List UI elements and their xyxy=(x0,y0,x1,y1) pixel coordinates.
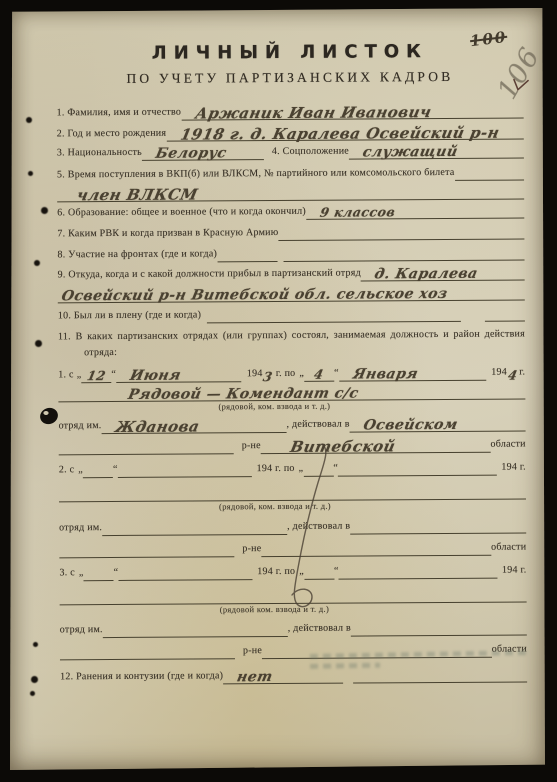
paper-speck xyxy=(34,260,40,266)
document-subtitle: ПО УЧЕТУ ПАРТИЗАНСКИХ КАДРОВ xyxy=(56,68,523,87)
field-label: 6. Образование: общее и военное (что и к… xyxy=(57,204,306,222)
role-caption: (рядовой, ком. взвода и т. д.) xyxy=(218,401,330,412)
printed-year: 194 г. xyxy=(502,562,527,578)
blank-line xyxy=(60,643,235,660)
printed-year: 194 xyxy=(247,366,263,382)
handwritten-unit: Жданова xyxy=(114,419,201,434)
printed-year: 194 г. xyxy=(501,459,526,475)
field-label: 3. Национальность xyxy=(57,145,142,162)
paper-speck xyxy=(31,676,38,683)
acted-line xyxy=(351,619,527,636)
field-nationality-social: 3. Национальность Белорус 4. Соцположени… xyxy=(57,142,524,161)
ink-blot xyxy=(36,404,62,428)
handwritten-year-digit: 4 xyxy=(507,369,519,383)
unit-label: отряд им. xyxy=(60,622,103,638)
unit-label: отряд им. xyxy=(59,520,102,536)
field-line xyxy=(207,306,461,324)
handwritten-value: 1918 г. д. Каралева Освейский р-н xyxy=(179,126,500,142)
scanned-paper-sheet: 100 106 ЛИЧНЫЙ ЛИСТОК ПО УЧЕТУ ПАРТИЗАНС… xyxy=(10,8,545,770)
handwritten-month: Января xyxy=(351,367,419,381)
field-line: Освейский р-н Витебской обл. сельское хо… xyxy=(58,284,525,303)
handwritten-value: Освейский р-н Витебской обл. сельское хо… xyxy=(60,287,449,303)
field-party-membership: 5. Время поступления в ВКП(б) или ВЛКСМ,… xyxy=(57,164,524,183)
field-line xyxy=(217,246,277,262)
entry-number: 1. с xyxy=(58,367,74,383)
blank-line xyxy=(59,438,234,455)
unit-entry-3-name: отряд им. , действовал в xyxy=(60,619,527,638)
faint-stamp-smudge xyxy=(310,650,528,674)
field-surname: 1. Фамилия, имя и отчество Аржаник Иван … xyxy=(57,102,524,121)
stamp-smudge-line xyxy=(310,663,380,669)
field-label: 10. Был ли в плену (где и когда) xyxy=(58,307,201,324)
field-party-membership-line2: член ВЛКСМ xyxy=(57,183,524,202)
field-rvk: 7. Каким РВК и когда призван в Красную А… xyxy=(57,223,524,242)
field-label: 4. Соцположение xyxy=(272,144,349,160)
field-line: Белорус xyxy=(142,144,264,161)
field-label: 1. Фамилия, имя и отчество xyxy=(57,105,182,122)
field-label: 2. Год и место рождения xyxy=(57,126,167,143)
day-line xyxy=(84,565,114,581)
paper-speck xyxy=(33,642,38,647)
blank-line xyxy=(59,541,234,558)
field-line xyxy=(485,305,525,321)
field-line: Аржаник Иван Иванович xyxy=(181,102,524,120)
field-birth: 2. Год и место рождения 1918 г. д. Карал… xyxy=(57,123,524,142)
handwritten-acted: Освейском xyxy=(362,418,459,433)
handwritten-day: 4 xyxy=(313,368,325,382)
handwritten-year-digit: 3 xyxy=(262,370,274,384)
unit-entry-1-name: отряд им. Жданова , действовал в Освейск… xyxy=(59,415,526,434)
acted-line xyxy=(350,517,526,534)
entry-number: 3. с xyxy=(59,565,75,581)
paper-speck xyxy=(26,117,32,123)
unit-entry-1-dates: 1. с „ 12 “ Июня 1943 г. по „ 4 “ Января… xyxy=(58,364,525,383)
unit-line: Жданова xyxy=(101,417,286,434)
acted-line: Освейском xyxy=(350,415,526,432)
handwritten-value: 9 классов xyxy=(318,205,396,219)
paper-speck xyxy=(41,207,48,214)
day-line: 12 xyxy=(81,367,111,383)
handwritten-value: служащий xyxy=(362,145,460,160)
entry-number: 2. с xyxy=(59,462,75,478)
field-line: 1918 г. д. Каралева Освейский р-н xyxy=(166,123,524,141)
acted-label: , действовал в xyxy=(288,621,351,637)
handwritten-value: нет xyxy=(236,670,274,684)
field-line: д. Каралева xyxy=(361,264,525,281)
field-label: 8. Участие на фронтах (где и когда) xyxy=(57,246,217,263)
field-units-header: 11. В каких партизанских отрядах (или гр… xyxy=(58,326,525,345)
printed-year-suffix: г. по xyxy=(276,366,296,382)
month-line xyxy=(338,460,496,477)
paper-speck xyxy=(35,340,42,347)
field-fronts: 8. Участие на фронтах (где и когда) xyxy=(57,244,524,263)
field-line xyxy=(278,223,524,241)
field-line xyxy=(283,244,525,261)
handwritten-value: Аржаник Иван Иванович xyxy=(194,105,433,120)
printed-year-suffix: г. xyxy=(519,364,525,380)
district-label: р-не xyxy=(243,643,262,659)
field-line xyxy=(454,164,524,180)
oblast-label: области xyxy=(490,436,525,452)
field-units-header2: отряда: xyxy=(58,342,525,361)
handwritten-month: Июня xyxy=(129,369,182,383)
field-origin-line2: Освейский р-н Витебской обл. сельское хо… xyxy=(58,284,525,303)
unit-entry-1-role: Рядовой — Комендант с/с xyxy=(58,383,525,402)
day-line: 4 xyxy=(304,366,334,382)
day-line xyxy=(83,462,113,478)
handwritten-role: Рядовой — Комендант с/с xyxy=(127,387,360,402)
field-origin: 9. Откуда, когда и с какой должности при… xyxy=(58,264,525,283)
handwritten-value: д. Каралева xyxy=(374,267,480,282)
acted-label: , действовал в xyxy=(286,417,349,433)
pen-stroke-squiggle xyxy=(250,440,360,620)
handwritten-value: Белорус xyxy=(154,146,228,160)
oblast-label: области xyxy=(491,539,526,555)
field-label: 7. Каким РВК и когда призван в Красную А… xyxy=(57,225,278,242)
paper-speck xyxy=(30,691,35,696)
field-label: отряда: xyxy=(84,345,117,361)
field-label: 11. В каких партизанских отрядах (или гр… xyxy=(58,326,525,345)
role-line: Рядовой — Комендант с/с xyxy=(58,383,525,402)
field-captivity: 10. Был ли в плену (где и когда) xyxy=(58,305,525,324)
unit-line xyxy=(103,621,288,638)
month-line: Января xyxy=(339,365,487,382)
month-line: Июня xyxy=(116,366,241,383)
field-line: служащий xyxy=(349,142,524,159)
month-line xyxy=(118,461,252,478)
month-line xyxy=(339,563,497,580)
field-education: 6. Образование: общее и военное (что и к… xyxy=(57,202,524,221)
field-label: 9. Откуда, когда и с какой должности при… xyxy=(58,265,361,283)
document-title: ЛИЧНЫЙ ЛИСТОК xyxy=(56,40,523,64)
field-label: 5. Время поступления в ВКП(б) или ВЛКСМ,… xyxy=(57,165,455,183)
paper-speck xyxy=(28,171,33,176)
handwritten-day: 12 xyxy=(86,369,107,383)
unit-label: отряд им. xyxy=(59,418,102,434)
handwritten-value: член ВЛКСМ xyxy=(76,187,199,202)
month-line xyxy=(118,564,252,581)
printed-year: 194 xyxy=(491,365,507,381)
field-line: член ВЛКСМ xyxy=(57,183,524,202)
field-line: 9 классов xyxy=(306,202,524,219)
field-label: 12. Ранения и контузии (где и когда) xyxy=(60,668,223,685)
